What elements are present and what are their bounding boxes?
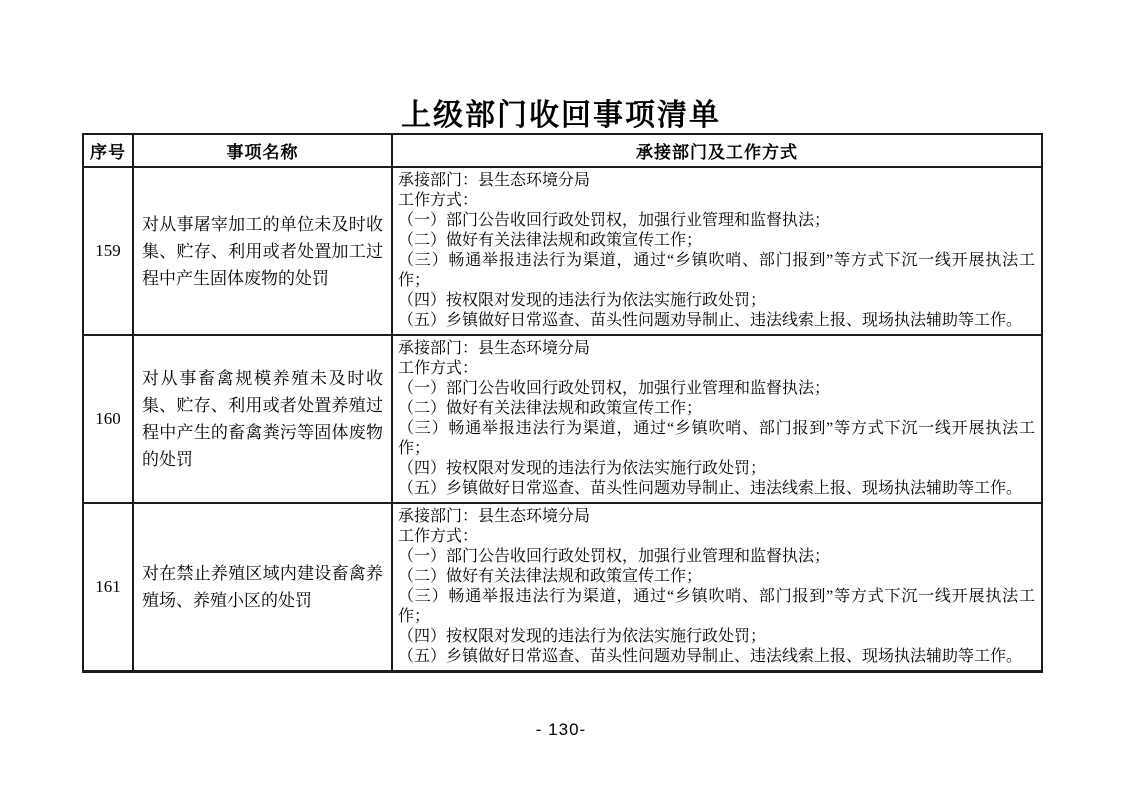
detail-line: （四）按权限对发现的违法行为依法实施行政处罚； (398, 627, 1035, 647)
items-table: 序号 事项名称 承接部门及工作方式 159 对从事屠宰加工的单位未及时收集、贮存… (82, 133, 1043, 673)
detail-line: （五）乡镇做好日常巡查、苗头性问题劝导制止、违法线索上报、现场执法辅助等工作。 (398, 647, 1035, 667)
row-number: 160 (83, 335, 133, 503)
column-header-no: 序号 (83, 134, 133, 167)
detail-line: （二）做好有关法律法规和政策宣传工作； (398, 567, 1035, 587)
table-row: 161 对在禁止养殖区域内建设畜禽养殖场、养殖小区的处罚 承接部门：县生态环境分… (83, 503, 1042, 672)
column-header-name: 事项名称 (133, 134, 392, 167)
detail-line: （二）做好有关法律法规和政策宣传工作； (398, 399, 1035, 419)
detail-line: 工作方式： (398, 527, 1035, 547)
item-name: 对从事畜禽规模养殖未及时收集、贮存、利用或者处置养殖过程中产生的畜禽粪污等固体废… (133, 335, 392, 503)
detail-line: （五）乡镇做好日常巡查、苗头性问题劝导制止、违法线索上报、现场执法辅助等工作。 (398, 311, 1035, 331)
item-method: 承接部门：县生态环境分局 工作方式： （一）部门公告收回行政处罚权，加强行业管理… (392, 335, 1042, 503)
detail-line: （三）畅通举报违法行为渠道，通过“乡镇吹哨、部门报到”等方式下沉一线开展执法工作… (398, 587, 1035, 627)
detail-line: 承接部门：县生态环境分局 (398, 339, 1035, 359)
detail-line: （五）乡镇做好日常巡查、苗头性问题劝导制止、违法线索上报、现场执法辅助等工作。 (398, 479, 1035, 499)
item-method: 承接部门：县生态环境分局 工作方式： （一）部门公告收回行政处罚权，加强行业管理… (392, 167, 1042, 335)
page-number: - 130- (0, 720, 1122, 740)
detail-line: 工作方式： (398, 191, 1035, 211)
detail-line: 承接部门：县生态环境分局 (398, 171, 1035, 191)
detail-line: （二）做好有关法律法规和政策宣传工作； (398, 231, 1035, 251)
table-row: 160 对从事畜禽规模养殖未及时收集、贮存、利用或者处置养殖过程中产生的畜禽粪污… (83, 335, 1042, 503)
detail-line: （一）部门公告收回行政处罚权，加强行业管理和监督执法； (398, 547, 1035, 567)
detail-line: （四）按权限对发现的违法行为依法实施行政处罚； (398, 291, 1035, 311)
detail-line: （三）畅通举报违法行为渠道，通过“乡镇吹哨、部门报到”等方式下沉一线开展执法工作… (398, 419, 1035, 459)
detail-line: （四）按权限对发现的违法行为依法实施行政处罚； (398, 459, 1035, 479)
detail-line: （三）畅通举报违法行为渠道，通过“乡镇吹哨、部门报到”等方式下沉一线开展执法工作… (398, 251, 1035, 291)
table-row: 159 对从事屠宰加工的单位未及时收集、贮存、利用或者处置加工过程中产生固体废物… (83, 167, 1042, 335)
document-page: 上级部门收回事项清单 序号 事项名称 承接部门及工作方式 159 对从事屠宰加工… (0, 0, 1122, 793)
item-name: 对从事屠宰加工的单位未及时收集、贮存、利用或者处置加工过程中产生固体废物的处罚 (133, 167, 392, 335)
item-method: 承接部门：县生态环境分局 工作方式： （一）部门公告收回行政处罚权，加强行业管理… (392, 503, 1042, 672)
row-number: 159 (83, 167, 133, 335)
table-header-row: 序号 事项名称 承接部门及工作方式 (83, 134, 1042, 167)
detail-line: （一）部门公告收回行政处罚权，加强行业管理和监督执法； (398, 379, 1035, 399)
column-header-method: 承接部门及工作方式 (392, 134, 1042, 167)
detail-line: （一）部门公告收回行政处罚权，加强行业管理和监督执法； (398, 211, 1035, 231)
item-name: 对在禁止养殖区域内建设畜禽养殖场、养殖小区的处罚 (133, 503, 392, 672)
document-title: 上级部门收回事项清单 (0, 90, 1122, 134)
detail-line: 工作方式： (398, 359, 1035, 379)
row-number: 161 (83, 503, 133, 672)
detail-line: 承接部门：县生态环境分局 (398, 507, 1035, 527)
